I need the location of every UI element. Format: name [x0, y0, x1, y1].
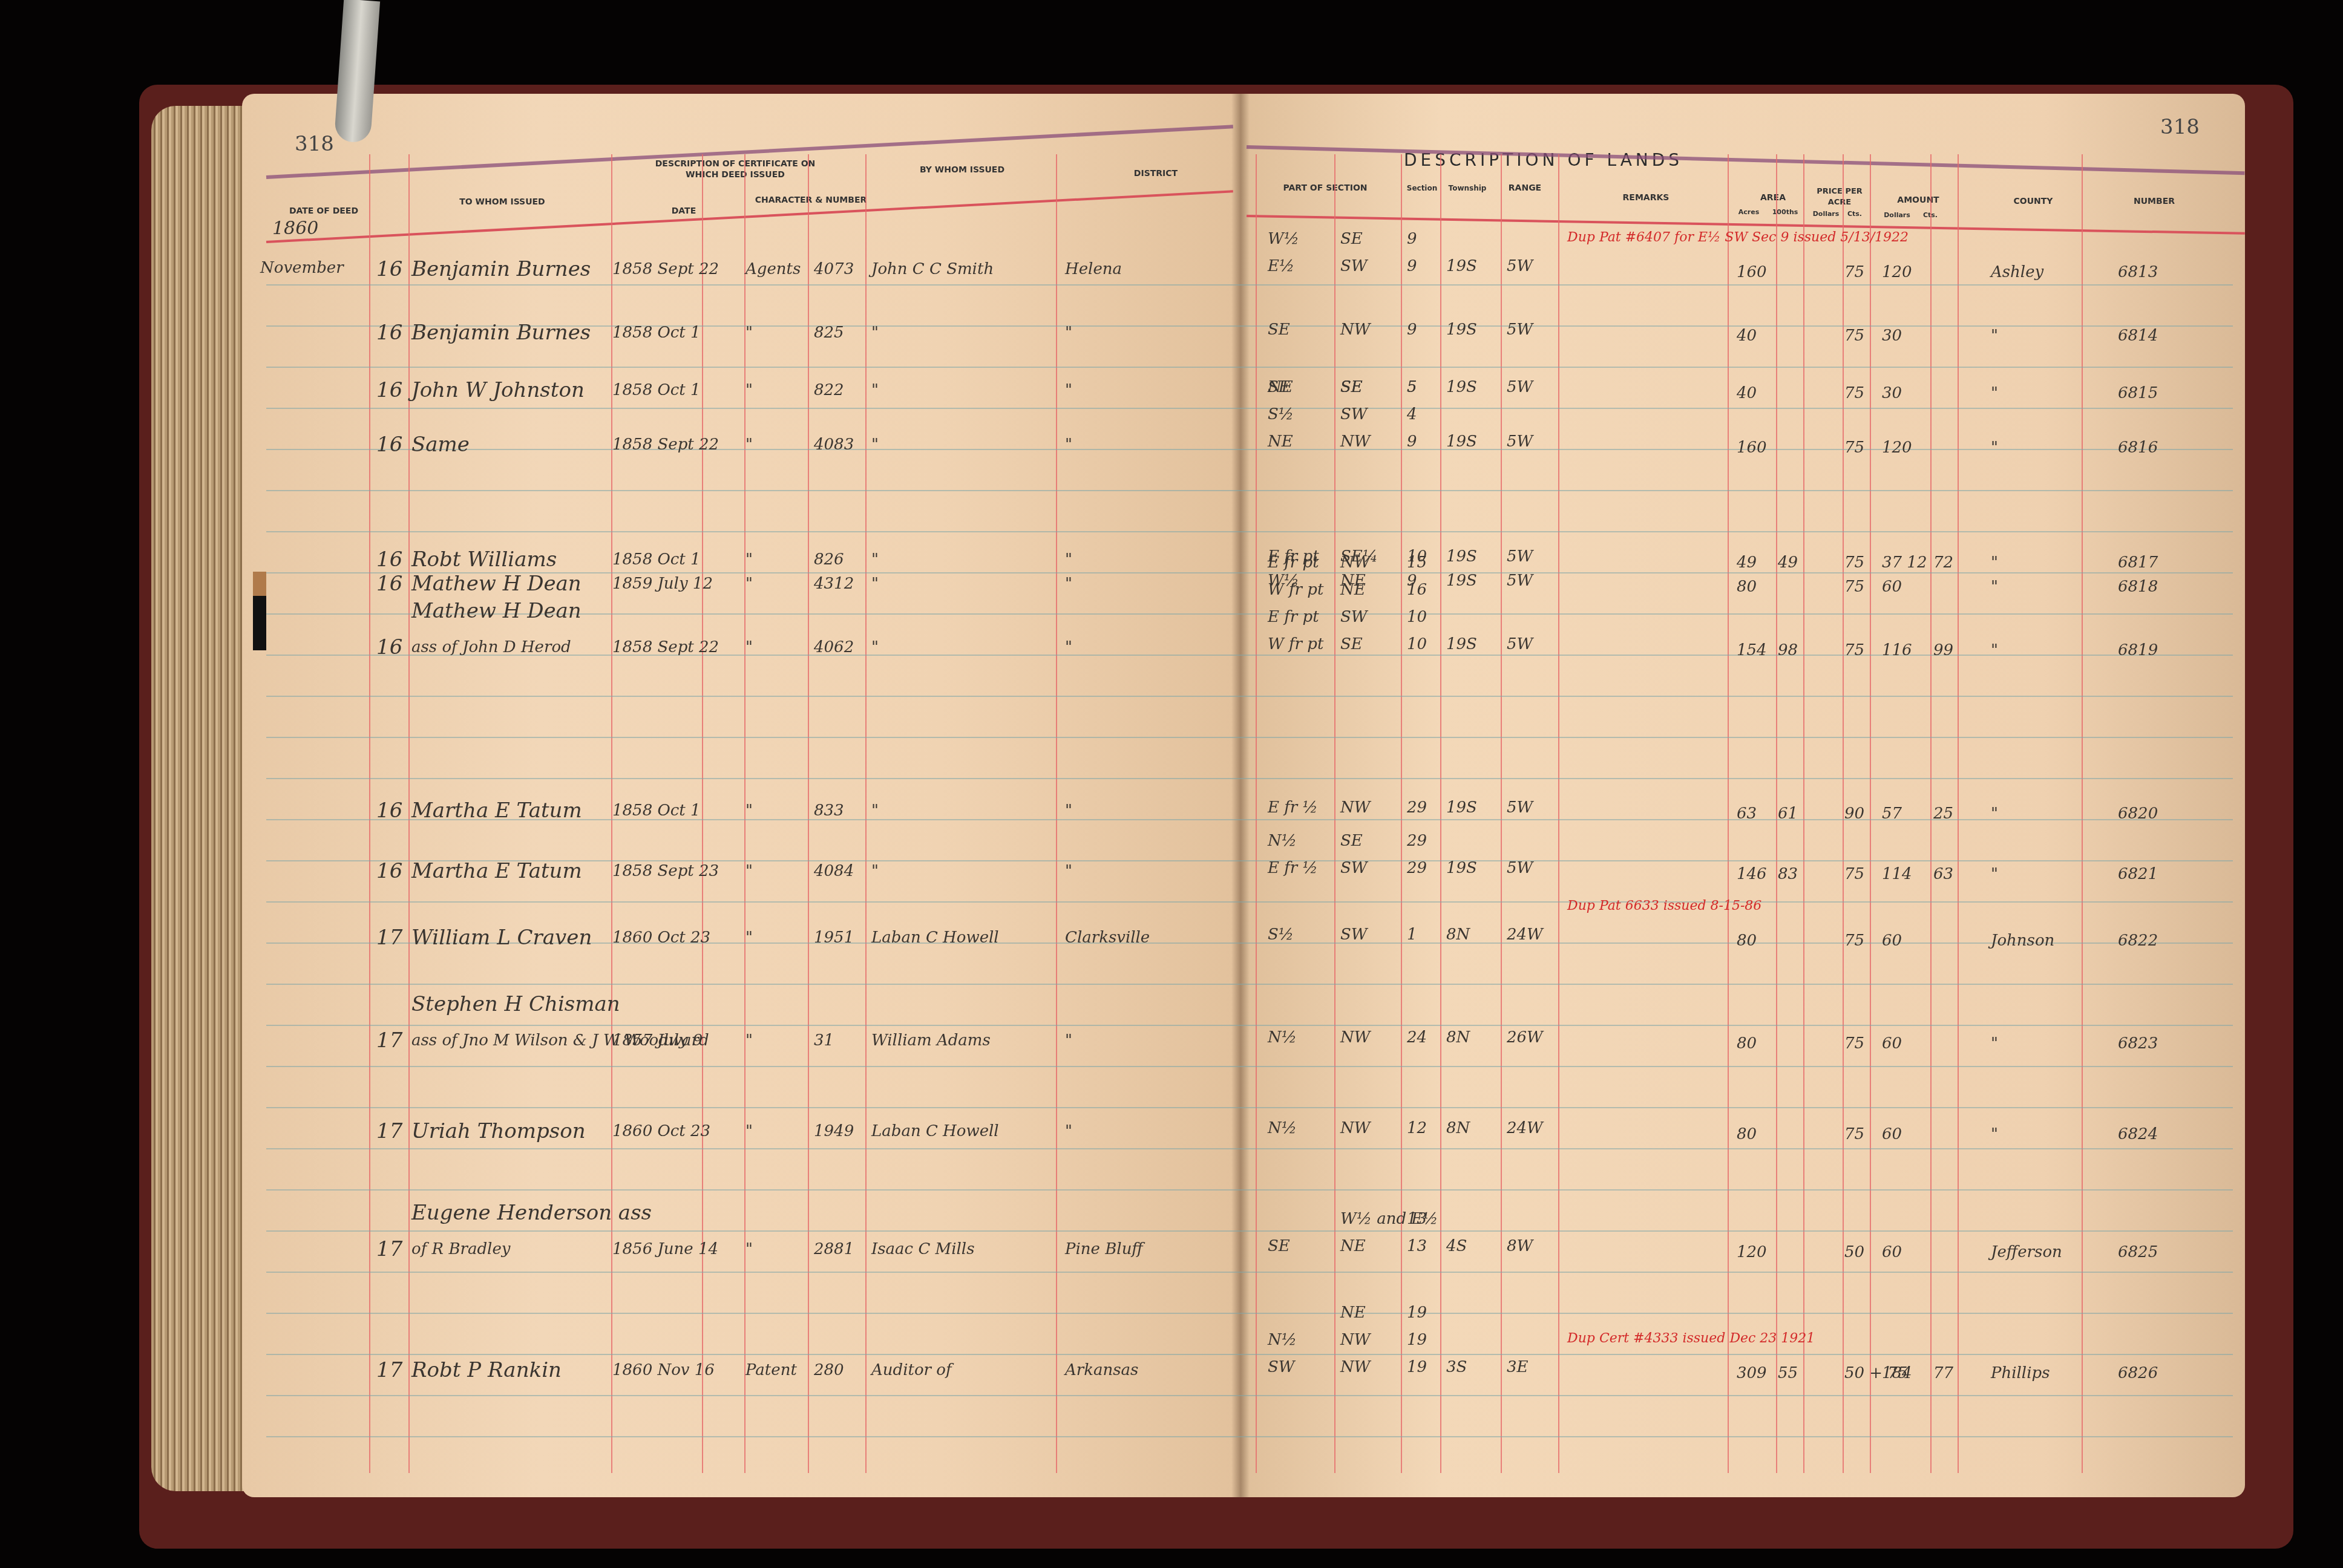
entry-day: 16 — [376, 257, 402, 281]
entry-cert-number: 825 — [814, 324, 844, 342]
entry-character: " — [745, 1122, 753, 1140]
entry-county: " — [1991, 641, 1998, 659]
land-part: N½ — [1268, 1331, 1297, 1349]
land-range: 24W — [1507, 926, 1543, 944]
ledger-rule — [266, 696, 2233, 697]
header-by-whom-issued: BY WHOM ISSUED — [908, 165, 1017, 175]
entry-by-whom: " — [871, 381, 879, 399]
entry-number: 6826 — [2118, 1364, 2158, 1382]
entry-by-whom: " — [871, 638, 879, 656]
entry-county: " — [1991, 554, 1998, 572]
entry-name: Stephen H Chisman — [411, 992, 620, 1016]
entry-district: Helena — [1065, 260, 1122, 278]
land-part: N½ — [1268, 1028, 1297, 1047]
entry-name: Robt Williams — [411, 547, 557, 572]
land-range: 5W — [1507, 257, 1533, 275]
entry-cert-date: 1857 July 9 — [612, 1031, 703, 1050]
entry-character: " — [745, 1031, 753, 1050]
entry-cert-number: 1951 — [814, 929, 854, 947]
entry-character: Patent — [745, 1361, 797, 1379]
entry-acres: 40 — [1737, 384, 1757, 402]
entry-amount-dollars: 60 — [1882, 578, 1902, 596]
entry-acres-100ths: 98 — [1778, 641, 1798, 659]
entry-by-whom: John C C Smith — [871, 260, 994, 278]
entry-county: Johnson — [1991, 932, 2054, 950]
ledger-rule — [266, 408, 2233, 409]
land-part: E fr pt — [1268, 608, 1319, 626]
left-page — [242, 94, 1240, 1497]
ledger-rule — [266, 284, 2233, 286]
entry-amount-dollars: 184 — [1882, 1364, 1912, 1382]
entry-by-whom: William Adams — [871, 1031, 991, 1050]
entry-character: " — [745, 802, 753, 820]
header-section: Section — [1404, 183, 1440, 194]
entry-acres-100ths: 83 — [1778, 865, 1798, 883]
header-price-cts: Cts. — [1843, 209, 1867, 220]
entry-cert-date: 1859 July 12 — [612, 575, 713, 593]
land-part: W fr pt — [1268, 635, 1323, 653]
land-township: 19S — [1446, 433, 1477, 451]
entry-price-cents: 75 — [1844, 1125, 1864, 1143]
entry-county: " — [1991, 327, 1998, 345]
land-quarter: SE — [1340, 832, 1363, 850]
land-section: 19 — [1407, 1358, 1427, 1376]
land-section: 19 — [1407, 1331, 1427, 1349]
entry-price-cents: 75 — [1844, 641, 1864, 659]
land-section: 16 — [1407, 581, 1427, 599]
entry-district: " — [1065, 638, 1072, 656]
entry-number: 6816 — [2118, 439, 2158, 457]
land-quarter: NE — [1340, 1304, 1366, 1322]
ledger-rule — [266, 531, 2233, 532]
entry-amount-cents: 63 — [1933, 865, 1953, 883]
entry-name: Martha E Tatum — [411, 799, 582, 823]
land-part: SE — [1268, 1237, 1290, 1255]
header-character-number: CHARACTER & NUMBER — [750, 195, 871, 206]
land-section: 12 — [1407, 1119, 1427, 1137]
header-price-per-acre: PRICE PER ACRE — [1812, 186, 1867, 208]
entry-character: " — [745, 1240, 753, 1258]
ledger-rule — [266, 1066, 2233, 1067]
ledger-rule — [266, 1436, 2233, 1437]
ledger-rule — [266, 1272, 2233, 1273]
entry-price-cents: 75 — [1844, 578, 1864, 596]
entry-character: " — [745, 550, 753, 569]
entry-cert-number: 822 — [814, 381, 844, 399]
land-township: 19S — [1446, 257, 1477, 275]
entry-name: William L Craven — [411, 926, 592, 950]
entry-remarks: Dup Cert #4333 issued Dec 23 1921 — [1567, 1331, 1815, 1346]
land-part: S½ — [1268, 405, 1294, 423]
entry-cert-number: 4084 — [814, 862, 854, 880]
entry-acres: 80 — [1737, 932, 1757, 950]
header-county: COUNTY — [1997, 196, 2069, 207]
entry-acres: 120 — [1737, 1243, 1767, 1261]
entry-acres: 309 — [1737, 1364, 1767, 1382]
land-township: 19S — [1446, 321, 1477, 339]
ledger-rule — [266, 1148, 2233, 1149]
land-quarter: NE — [1340, 581, 1366, 599]
entry-number: 6815 — [2118, 384, 2158, 402]
entry-character: " — [745, 381, 753, 399]
entry-price-cents: 75 — [1844, 327, 1864, 345]
header-district: DISTRICT — [1113, 168, 1198, 179]
entry-cert-date: 1858 Oct 1 — [612, 550, 701, 569]
entry-character: " — [745, 638, 753, 656]
book-gutter — [1231, 94, 1250, 1497]
land-quarter: NW — [1340, 799, 1370, 817]
entry-month: November — [260, 259, 344, 277]
entry-name: Martha E Tatum — [411, 859, 582, 883]
header-part-of-section: PART OF SECTION — [1271, 183, 1380, 194]
entry-name-continued: of R Bradley — [411, 1240, 510, 1258]
ledger-rule — [266, 1313, 2233, 1314]
entry-amount-dollars: 116 — [1882, 641, 1912, 659]
entry-character: " — [745, 575, 753, 593]
entry-number: 6819 — [2118, 641, 2158, 659]
entry-by-whom: " — [871, 575, 879, 593]
entry-cert-date: 1858 Sept 22 — [612, 638, 719, 656]
land-part: E fr ½ — [1268, 799, 1318, 817]
entry-cert-date: 1860 Nov 16 — [612, 1361, 715, 1379]
entry-cert-date: 1860 Oct 23 — [612, 929, 710, 947]
ledger-rule — [266, 1230, 2233, 1232]
entry-cert-date: 1858 Sept 23 — [612, 862, 719, 880]
page-stack-edge — [151, 106, 254, 1491]
entry-number: 6823 — [2118, 1034, 2158, 1053]
land-quarter: SE — [1340, 635, 1363, 653]
header-number: NUMBER — [2118, 196, 2191, 207]
land-range: 5W — [1507, 572, 1533, 590]
ledger-rule — [266, 901, 2233, 903]
entry-number: 6813 — [2118, 263, 2158, 281]
header-amount: AMOUNT — [1888, 195, 1948, 206]
land-part: N½ — [1268, 1119, 1297, 1137]
entry-character: " — [745, 324, 753, 342]
page-tab[interactable] — [253, 596, 266, 650]
land-section: 9 — [1407, 321, 1417, 339]
entry-acres: 49 — [1737, 554, 1757, 572]
page-number-left: 318 — [295, 132, 334, 156]
entry-district: Clarksville — [1065, 929, 1150, 947]
entry-number: 6821 — [2118, 865, 2158, 883]
land-section: 29 — [1407, 832, 1427, 850]
entry-name: Uriah Thompson — [411, 1119, 586, 1143]
land-quarter: SW — [1340, 608, 1368, 626]
entry-acres: 80 — [1737, 578, 1757, 596]
entry-number: 6822 — [2118, 932, 2158, 950]
entry-by-whom: Laban C Howell — [871, 1122, 999, 1140]
entry-county: " — [1991, 384, 1998, 402]
entry-amount-dollars: 114 — [1882, 865, 1912, 883]
page-tab[interactable] — [253, 572, 266, 596]
entry-county: " — [1991, 578, 1998, 596]
entry-day: 16 — [376, 635, 402, 659]
entry-price-cents: 90 — [1844, 805, 1864, 823]
entry-county: " — [1991, 805, 1998, 823]
entry-county: Jefferson — [1991, 1243, 2062, 1261]
entry-name: John W Johnston — [411, 378, 585, 402]
ledger-rule — [266, 1354, 2233, 1355]
land-part: W½ — [1268, 230, 1299, 248]
entry-amount-cents: 77 — [1933, 1364, 1953, 1382]
ledger-rule — [266, 778, 2233, 779]
entry-cert-date: 1858 Sept 22 — [612, 260, 719, 278]
entry-acres: 160 — [1737, 439, 1767, 457]
land-part: E fr pt — [1268, 554, 1319, 572]
land-quarter: NW — [1340, 1028, 1370, 1047]
entry-county: " — [1991, 439, 1998, 457]
land-section: 9 — [1407, 230, 1417, 248]
header-township: Township — [1443, 183, 1492, 194]
land-section: 24 — [1407, 1028, 1427, 1047]
land-quarter: NW — [1340, 433, 1370, 451]
entry-cert-date: 1858 Oct 1 — [612, 802, 701, 820]
land-section: 29 — [1407, 799, 1427, 817]
header-100ths: 100ths — [1770, 207, 1800, 218]
entry-character: " — [745, 862, 753, 880]
entry-day: 16 — [376, 799, 402, 823]
entry-day: 17 — [376, 1237, 402, 1261]
entry-day: 16 — [376, 321, 402, 345]
entry-cert-number: 31 — [814, 1031, 834, 1050]
land-section: 13 — [1407, 1210, 1427, 1228]
entry-price-cents: 75 — [1844, 554, 1864, 572]
entry-amount-dollars: 60 — [1882, 1243, 1902, 1261]
entry-name: Robt P Rankin — [411, 1358, 562, 1382]
entry-amount-dollars: 60 — [1882, 1125, 1902, 1143]
entry-character: " — [745, 929, 753, 947]
entry-acres: 160 — [1737, 263, 1767, 281]
land-township: 8N — [1446, 926, 1470, 944]
entry-day: 16 — [376, 378, 402, 402]
entry-amount-dollars: 30 — [1882, 327, 1902, 345]
land-part: W fr pt — [1268, 581, 1323, 599]
entry-cert-number: 4083 — [814, 436, 854, 454]
entry-number: 6820 — [2118, 805, 2158, 823]
ledger-rule — [266, 1025, 2233, 1026]
entry-name: Same — [411, 433, 470, 457]
entry-by-whom: Laban C Howell — [871, 929, 999, 947]
entry-district: " — [1065, 1122, 1072, 1140]
land-township: 19S — [1446, 799, 1477, 817]
land-part: N½ — [1268, 832, 1297, 850]
ledger-rule — [266, 1189, 2233, 1191]
entry-acres: 154 — [1737, 641, 1767, 659]
entry-by-whom: Auditor of — [871, 1361, 952, 1379]
header-range: RANGE — [1501, 183, 1549, 194]
entry-price-cents: 75 — [1844, 865, 1864, 883]
entry-district: Pine Bluff — [1065, 1240, 1143, 1258]
land-part: E fr ½ — [1268, 859, 1318, 877]
land-section: 29 — [1407, 859, 1427, 877]
land-quarter: NW — [1340, 1358, 1370, 1376]
land-range: 26W — [1507, 1028, 1543, 1047]
entry-name: Benjamin Burnes — [411, 321, 591, 345]
land-quarter: NW — [1340, 1331, 1370, 1349]
header-certificate-group: DESCRIPTION OF CERTIFICATE ON WHICH DEED… — [654, 158, 817, 180]
entry-amount-dollars: 57 — [1882, 805, 1902, 823]
entry-amount-dollars: 120 — [1882, 439, 1912, 457]
entry-cert-number: 826 — [814, 550, 844, 569]
ledger-rule — [266, 984, 2233, 985]
land-quarter: NW — [1340, 554, 1370, 572]
entry-remarks: Dup Pat #6407 for E½ SW Sec 9 issued 5/1… — [1567, 230, 1909, 245]
entry-day: 16 — [376, 572, 402, 596]
entry-price-cents: 75 — [1844, 439, 1864, 457]
land-township: 19S — [1446, 859, 1477, 877]
entry-by-whom: " — [871, 324, 879, 342]
entry-cert-date: 1858 Oct 1 — [612, 324, 701, 342]
land-section: 15 — [1407, 554, 1427, 572]
entry-name: Mathew H Dean — [411, 572, 582, 596]
year-label: 1860 — [272, 218, 318, 239]
land-section: 10 — [1407, 635, 1427, 653]
entry-by-whom: " — [871, 802, 879, 820]
entry-price-cents: 75 — [1844, 932, 1864, 950]
entry-name-continued: ass of John D Herod — [411, 638, 571, 656]
entry-county: " — [1991, 1125, 1998, 1143]
entry-district: " — [1065, 862, 1072, 880]
land-township: 3S — [1446, 1358, 1467, 1376]
entry-by-whom: " — [871, 862, 879, 880]
entry-number: 6818 — [2118, 578, 2158, 596]
entry-price-cents: 75 — [1844, 384, 1864, 402]
land-township: 4S — [1446, 1237, 1467, 1255]
ledger-rule — [266, 367, 2233, 368]
header-cert-date: DATE — [647, 206, 720, 217]
ledger-rule — [266, 737, 2233, 738]
land-part: SW — [1268, 1358, 1295, 1376]
entry-cert-number: 4073 — [814, 260, 854, 278]
entry-price-cents: 50 — [1844, 1243, 1864, 1261]
entry-number: 6814 — [2118, 327, 2158, 345]
right-page — [1240, 94, 2245, 1497]
header-amount-dollars: Dollars — [1876, 210, 1918, 221]
ledger-rule — [266, 490, 2233, 491]
entry-character: " — [745, 436, 753, 454]
land-quarter: SE — [1340, 230, 1363, 248]
entry-cert-number: 4062 — [814, 638, 854, 656]
entry-cert-date: 1856 June 14 — [612, 1240, 718, 1258]
entry-cert-date: 1860 Oct 23 — [612, 1122, 710, 1140]
land-quarter: SW — [1340, 405, 1368, 423]
land-township: 19S — [1446, 635, 1477, 653]
land-part: SE — [1268, 321, 1290, 339]
land-section: 1 — [1407, 926, 1417, 944]
land-quarter: SE — [1340, 378, 1363, 396]
land-quarter: SW — [1340, 859, 1368, 877]
entry-character: Agents — [745, 260, 801, 278]
land-range: 5W — [1507, 433, 1533, 451]
land-range: 24W — [1507, 1119, 1543, 1137]
entry-amount-cents: 25 — [1933, 805, 1953, 823]
header-price-dollars: Dollars — [1809, 209, 1843, 220]
entry-district: " — [1065, 1031, 1072, 1050]
entry-district: " — [1065, 550, 1072, 569]
entry-by-whom: Isaac C Mills — [871, 1240, 975, 1258]
land-township: 19S — [1446, 378, 1477, 396]
entry-district: " — [1065, 802, 1072, 820]
entry-county: Ashley — [1991, 263, 2043, 281]
entry-day: 16 — [376, 859, 402, 883]
header-date-of-deed: DATE OF DEED — [278, 206, 369, 217]
entry-county: " — [1991, 865, 1998, 883]
entry-district: Arkansas — [1065, 1361, 1138, 1379]
entry-day: 17 — [376, 1119, 402, 1143]
entry-county: Phillips — [1991, 1364, 2050, 1382]
ledger-rule — [266, 449, 2233, 450]
entry-amount-dollars: 120 — [1882, 263, 1912, 281]
land-township: 19S — [1446, 547, 1477, 566]
land-range: 8W — [1507, 1237, 1533, 1255]
entry-name: Benjamin Burnes — [411, 257, 591, 281]
entry-acres: 146 — [1737, 865, 1767, 883]
entry-amount-dollars: 30 — [1882, 384, 1902, 402]
land-part: SE — [1268, 378, 1290, 396]
entry-cert-number: 4312 — [814, 575, 854, 593]
land-range: 5W — [1507, 321, 1533, 339]
entry-acres: 80 — [1737, 1034, 1757, 1053]
ledger-rule — [266, 1107, 2233, 1108]
header-remarks: REMARKS — [1610, 192, 1682, 203]
entry-by-whom: " — [871, 550, 879, 569]
entry-number: 6817 — [2118, 554, 2158, 572]
entry-amount-dollars: 37 12 — [1882, 554, 1927, 572]
land-part: NE — [1268, 433, 1293, 451]
land-quarter: SW — [1340, 926, 1368, 944]
land-range: 5W — [1507, 799, 1533, 817]
land-section: 19 — [1407, 1304, 1427, 1322]
land-quarter: SW — [1340, 257, 1368, 275]
land-range: 5W — [1507, 378, 1533, 396]
land-section: 13 — [1407, 1237, 1427, 1255]
entry-cert-number: 833 — [814, 802, 844, 820]
entry-number: 6824 — [2118, 1125, 2158, 1143]
ledger-rule — [266, 1395, 2233, 1396]
land-quarter: NW — [1340, 321, 1370, 339]
entry-by-whom: " — [871, 436, 879, 454]
entry-cert-number: 1949 — [814, 1122, 854, 1140]
land-section: 4 — [1407, 405, 1417, 423]
entry-district: " — [1065, 575, 1072, 593]
entry-remarks: Dup Pat 6633 issued 8-15-86 — [1567, 898, 1761, 913]
entry-acres-100ths: 61 — [1778, 805, 1798, 823]
entry-cert-date: 1858 Oct 1 — [612, 381, 701, 399]
entry-cert-date: 1858 Sept 22 — [612, 436, 719, 454]
entry-district: " — [1065, 381, 1072, 399]
entry-cert-number: 2881 — [814, 1240, 854, 1258]
header-acres: Acres — [1731, 207, 1767, 218]
header-area: AREA — [1743, 192, 1803, 203]
entry-acres: 63 — [1737, 805, 1757, 823]
land-range: 3E — [1507, 1358, 1529, 1376]
entry-acres: 40 — [1737, 327, 1757, 345]
entry-number: 6825 — [2118, 1243, 2158, 1261]
entry-acres-100ths: 49 — [1778, 554, 1798, 572]
land-township: 19S — [1446, 572, 1477, 590]
header-to-whom-issued: TO WHOM ISSUED — [448, 197, 557, 207]
land-section: 9 — [1407, 257, 1417, 275]
entry-day: 16 — [376, 433, 402, 457]
land-range: 5W — [1507, 635, 1533, 653]
land-township: 8N — [1446, 1028, 1470, 1047]
entry-price-cents: 75 — [1844, 1034, 1864, 1053]
land-section: 9 — [1407, 433, 1417, 451]
entry-day: 16 — [376, 547, 402, 572]
entry-district: " — [1065, 436, 1072, 454]
entry-name: Mathew H Dean — [411, 599, 582, 623]
